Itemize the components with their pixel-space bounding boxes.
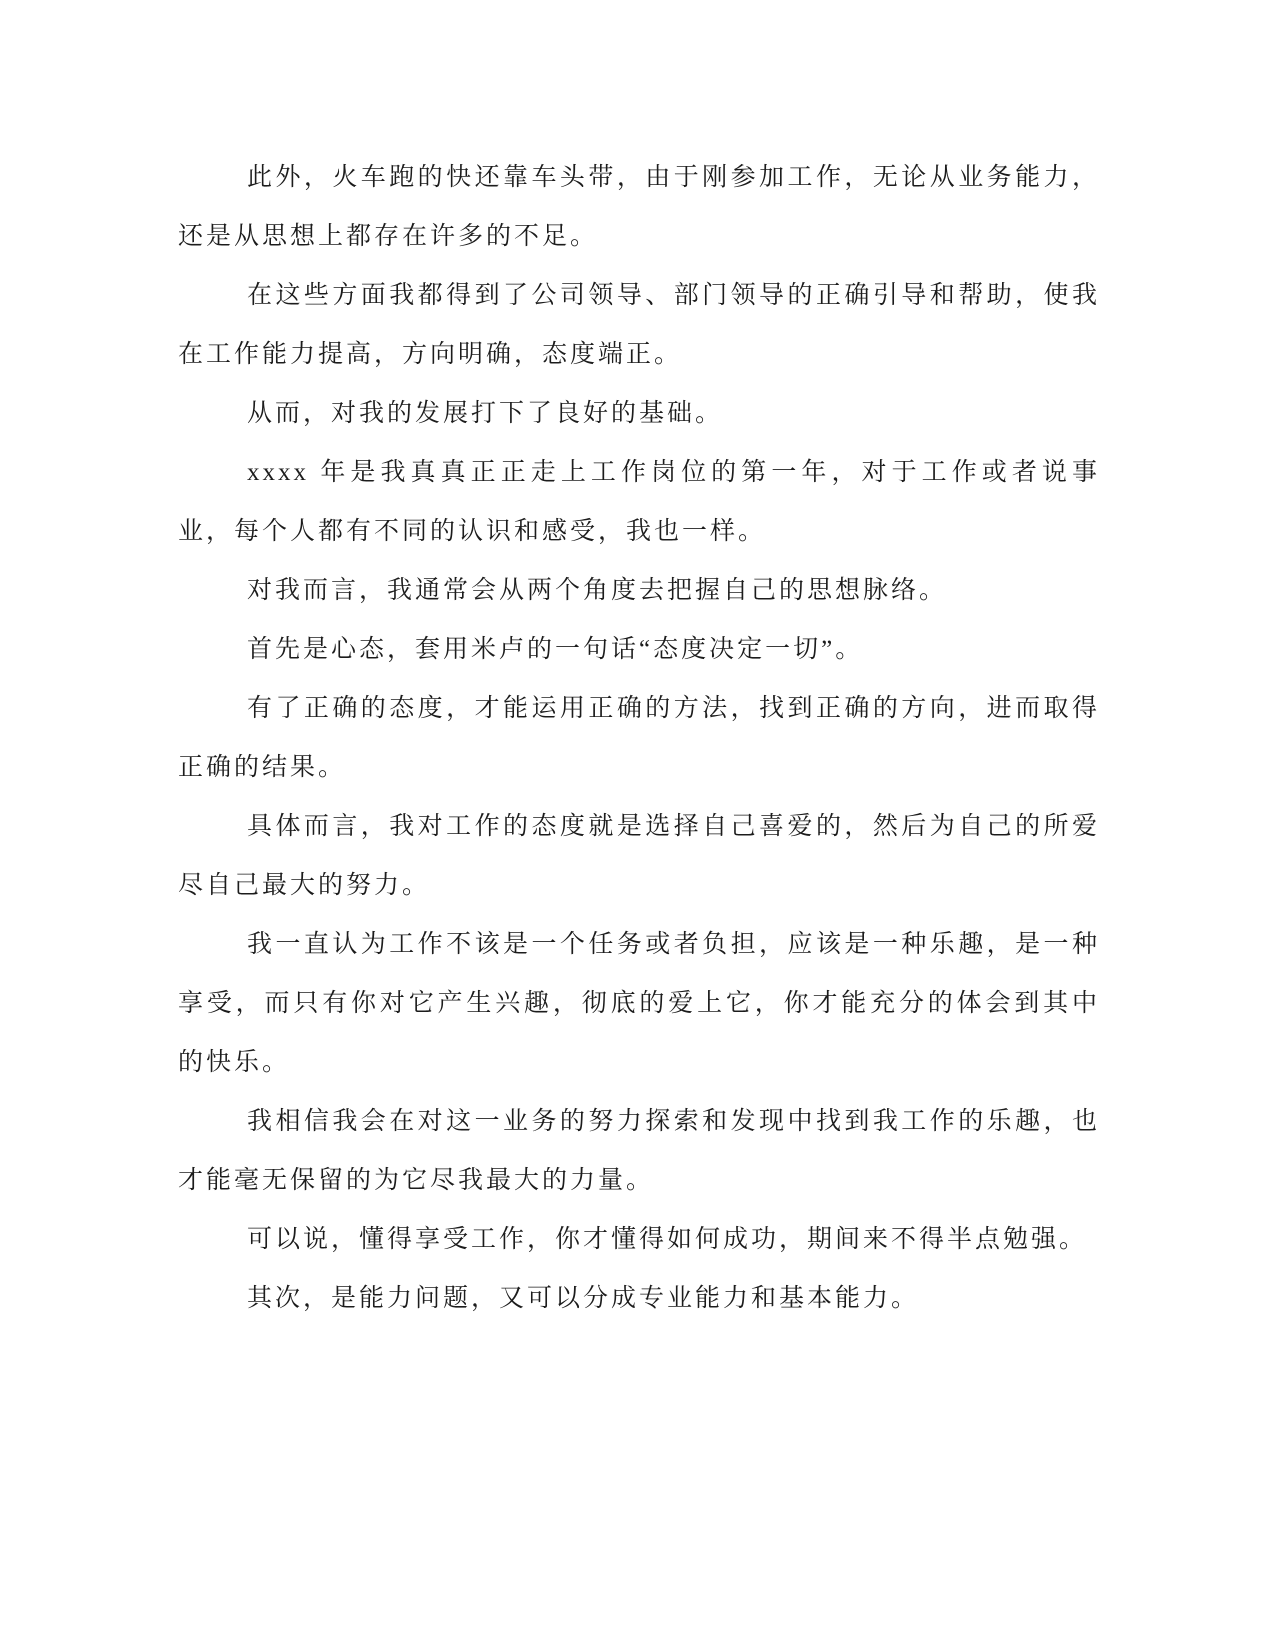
paragraph: 此外，火车跑的快还靠车头带，由于刚参加工作，无论从业务能力，还是从思想上都存在许… [178, 148, 1100, 266]
paragraph: 对我而言，我通常会从两个角度去把握自己的思想脉络。 [178, 561, 1100, 620]
paragraph: 有了正确的态度，才能运用正确的方法，找到正确的方向，进而取得正确的结果。 [178, 679, 1100, 797]
paragraph: 具体而言，我对工作的态度就是选择自己喜爱的，然后为自己的所爱尽自己最大的努力。 [178, 797, 1100, 915]
paragraph: xxxx 年是我真真正正走上工作岗位的第一年，对于工作或者说事业，每个人都有不同… [178, 443, 1100, 561]
paragraph: 我相信我会在对这一业务的努力探索和发现中找到我工作的乐趣，也才能毫无保留的为它尽… [178, 1092, 1100, 1210]
paragraph: 可以说，懂得享受工作，你才懂得如何成功，期间来不得半点勉强。 [178, 1210, 1100, 1269]
document-page: 此外，火车跑的快还靠车头带，由于刚参加工作，无论从业务能力，还是从思想上都存在许… [0, 0, 1275, 1650]
paragraph: 我一直认为工作不该是一个任务或者负担，应该是一种乐趣，是一种享受，而只有你对它产… [178, 915, 1100, 1092]
paragraph: 在这些方面我都得到了公司领导、部门领导的正确引导和帮助，使我在工作能力提高，方向… [178, 266, 1100, 384]
paragraph: 其次，是能力问题，又可以分成专业能力和基本能力。 [178, 1269, 1100, 1328]
document-body: 此外，火车跑的快还靠车头带，由于刚参加工作，无论从业务能力，还是从思想上都存在许… [178, 148, 1100, 1328]
paragraph: 从而，对我的发展打下了良好的基础。 [178, 384, 1100, 443]
paragraph: 首先是心态，套用米卢的一句话“态度决定一切”。 [178, 620, 1100, 679]
